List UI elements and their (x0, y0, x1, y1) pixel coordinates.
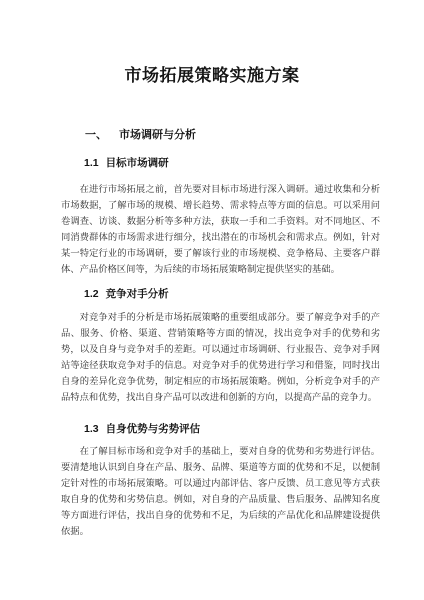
paragraph-target-market-research: 在进行市场拓展之前，首先要对目标市场进行深入调研。通过收集和分析市场数据，了解市… (61, 182, 380, 278)
paragraph-competitor-analysis: 对竞争对手的分析是市场拓展策略的重要组成部分。要了解竞争对手的产品、服务、价格、… (61, 310, 380, 406)
document-page: 市场拓展策略实施方案 一、市场调研与分析 1.1目标市场调研 在进行市场拓展之前… (0, 0, 424, 600)
subsection-number: 1.1 (84, 157, 99, 169)
subsection-number: 1.2 (84, 288, 99, 300)
subsection-heading-target-market-research: 1.1目标市场调研 (84, 157, 424, 170)
document-title: 市场拓展策略实施方案 (0, 66, 424, 85)
subsection-number: 1.3 (84, 423, 99, 435)
subsection-heading-strengths-weaknesses: 1.3自身优势与劣势评估 (84, 423, 424, 436)
paragraph-strengths-weaknesses: 在了解目标市场和竞争对手的基础上，要对自身的优势和劣势进行评估。要清楚地认识到自… (61, 444, 380, 540)
section-heading: 一、市场调研与分析 (85, 129, 424, 142)
subsection-label: 目标市场调研 (106, 157, 169, 169)
subsection-label: 自身优势与劣势评估 (106, 423, 201, 435)
section-label: 市场调研与分析 (119, 129, 196, 141)
subsection-label: 竞争对手分析 (106, 288, 169, 300)
section-number: 一、 (85, 129, 107, 141)
subsection-heading-competitor-analysis: 1.2竞争对手分析 (84, 288, 424, 301)
